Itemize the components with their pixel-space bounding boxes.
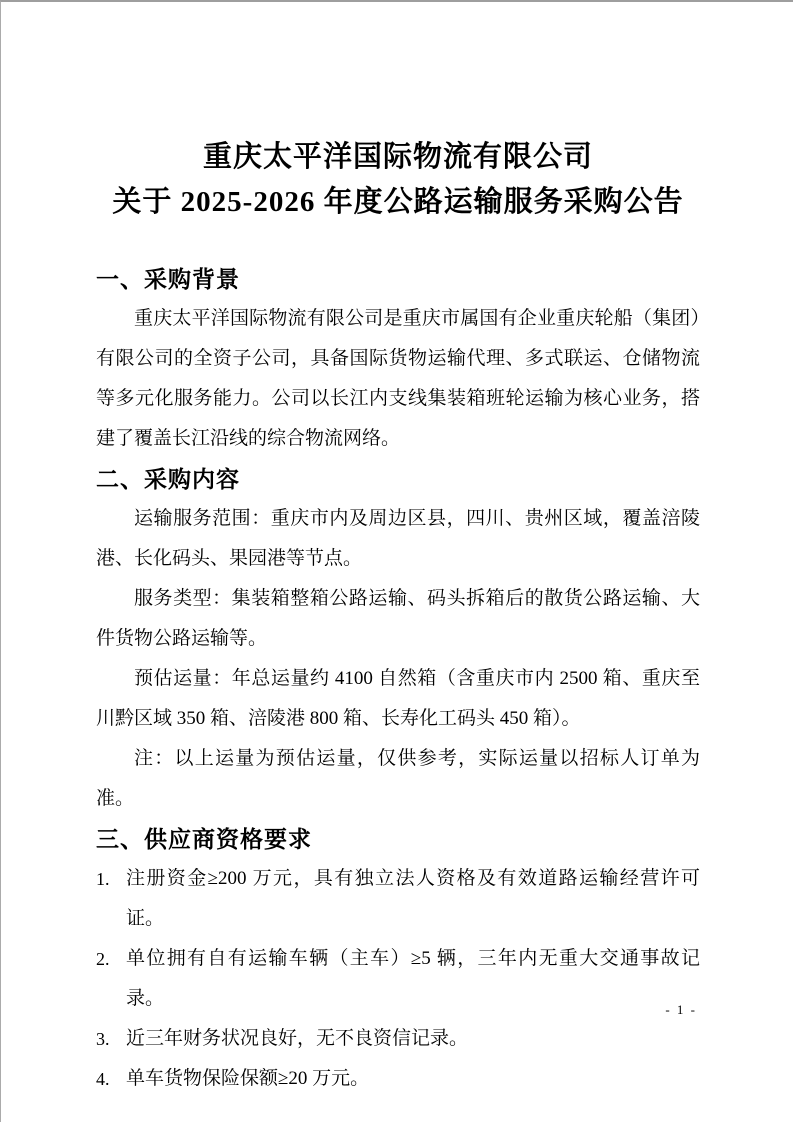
list-item-financial-status: 3. 近三年财务状况良好，无不良资信记录。 xyxy=(96,1019,700,1059)
list-item-registered-capital: 1. 注册资金≥200 万元，具有独立法人资格及有效道路运输经营许可证。 xyxy=(96,859,700,939)
list-item-number: 4. xyxy=(96,1059,126,1099)
page-number: - 1 - xyxy=(665,1002,697,1018)
qualification-requirements-list: 1. 注册资金≥200 万元，具有独立法人资格及有效道路运输经营许可证。 2. … xyxy=(96,859,700,1099)
list-item-number: 3. xyxy=(96,1019,126,1059)
paragraph-service-scope: 运输服务范围：重庆市内及周边区县，四川、贵州区域，覆盖涪陵港、长化码头、果园港等… xyxy=(96,499,700,579)
list-item-cargo-insurance: 4. 单车货物保险保额≥20 万元。 xyxy=(96,1059,700,1099)
paragraph-volume-note: 注：以上运量为预估运量，仅供参考，实际运量以招标人订单为准。 xyxy=(96,739,700,819)
section-heading-procurement-content: 二、采购内容 xyxy=(96,459,700,499)
section-heading-procurement-background: 一、采购背景 xyxy=(96,259,700,299)
document-title: 重庆太平洋国际物流有限公司 关于 2025-2026 年度公路运输服务采购公告 xyxy=(96,135,700,225)
section-heading-supplier-qualifications: 三、供应商资格要求 xyxy=(96,819,700,859)
document-page: 重庆太平洋国际物流有限公司 关于 2025-2026 年度公路运输服务采购公告 … xyxy=(0,0,793,1122)
list-item-number: 1. xyxy=(96,859,126,939)
document-title-line1: 重庆太平洋国际物流有限公司 xyxy=(203,141,593,173)
paragraph-service-type: 服务类型：集装箱整箱公路运输、码头拆箱后的散货公路运输、大件货物公路运输等。 xyxy=(96,579,700,659)
document-content: 重庆太平洋国际物流有限公司 关于 2025-2026 年度公路运输服务采购公告 … xyxy=(1,2,793,1099)
list-item-text: 注册资金≥200 万元，具有独立法人资格及有效道路运输经营许可证。 xyxy=(126,859,700,939)
list-item-number: 2. xyxy=(96,939,126,1019)
paragraph-company-intro: 重庆太平洋国际物流有限公司是重庆市属国有企业重庆轮船（集团）有限公司的全资子公司… xyxy=(96,299,700,459)
list-item-text: 单位拥有自有运输车辆（主车）≥5 辆，三年内无重大交通事故记录。 xyxy=(126,939,700,1019)
list-item-owned-vehicles: 2. 单位拥有自有运输车辆（主车）≥5 辆，三年内无重大交通事故记录。 xyxy=(96,939,700,1019)
list-item-text: 近三年财务状况良好，无不良资信记录。 xyxy=(126,1019,700,1059)
paragraph-estimated-volume: 预估运量：年总运量约 4100 自然箱（含重庆市内 2500 箱、重庆至川黔区域… xyxy=(96,659,700,739)
list-item-text: 单车货物保险保额≥20 万元。 xyxy=(126,1059,700,1099)
document-title-line2: 关于 2025-2026 年度公路运输服务采购公告 xyxy=(112,186,683,218)
